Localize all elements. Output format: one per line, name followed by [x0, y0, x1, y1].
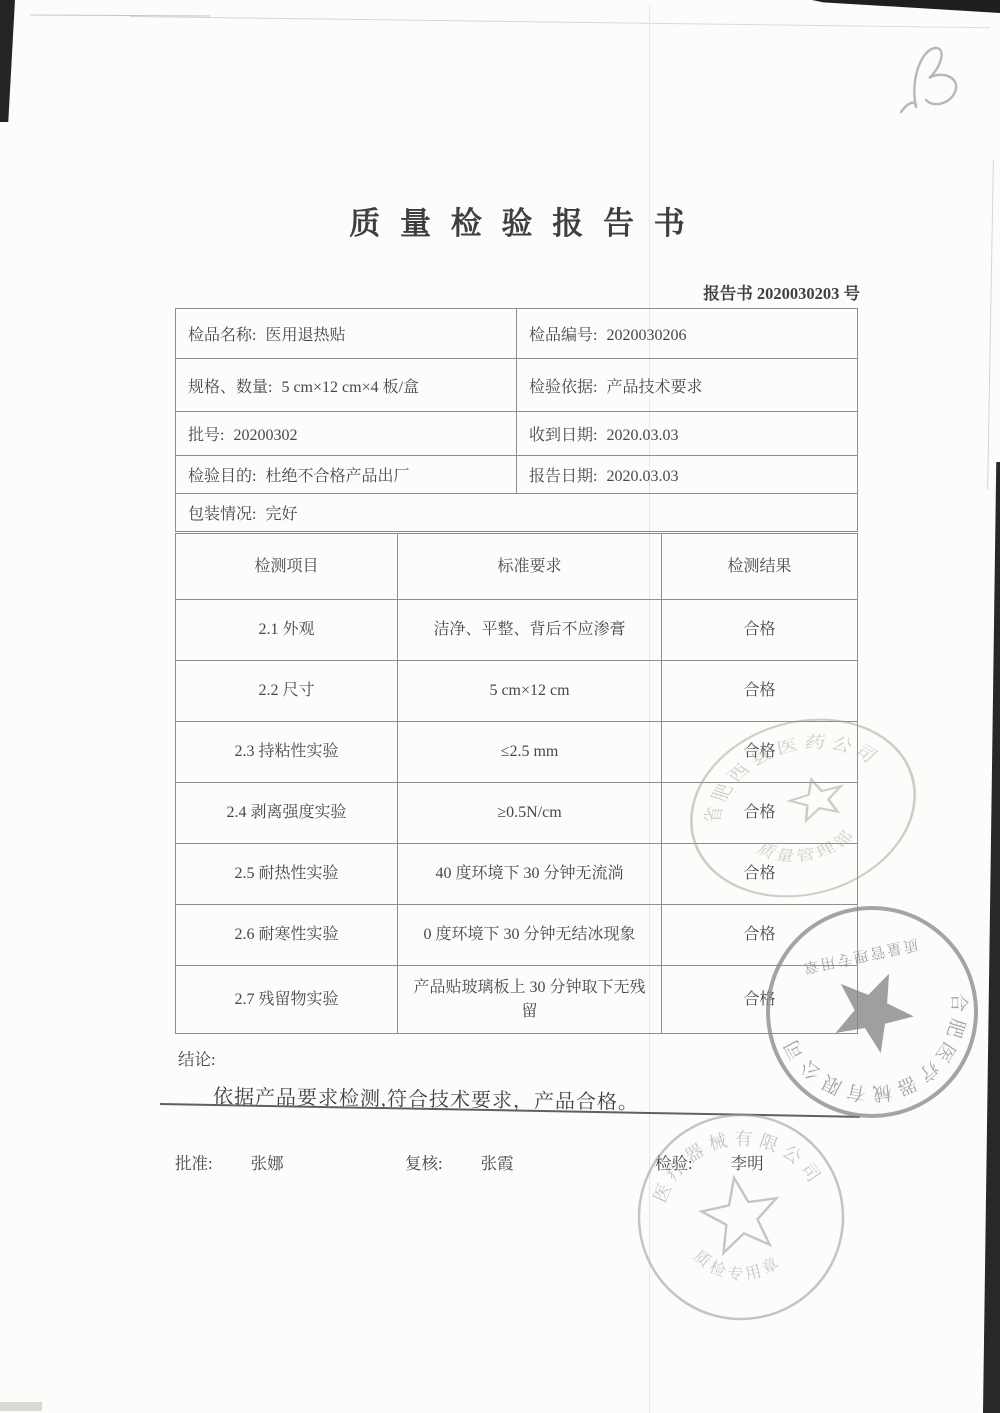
test-result: 合格 [662, 600, 858, 661]
table-row: 检品名称:医用退热贴 检品编号:2020030206 [176, 309, 858, 359]
reviewer-signature: 复核:张霞 [405, 1150, 514, 1174]
test-item: 2.2 尺寸 [176, 661, 398, 722]
field-label: 检品编号: [529, 327, 597, 344]
test-item: 2.3 持粘性实验 [176, 722, 398, 783]
table-row: 规格、数量:5 cm×12 cm×4 板/盒 检验依据:产品技术要求 [176, 359, 858, 412]
scanned-report-page: 质 量 检 验 报 告 书 报告书 2020030203 号 检品名称:医用退热… [0, 0, 1000, 1413]
star-icon [826, 970, 920, 1061]
info-cell: 检验依据:产品技术要求 [517, 359, 858, 412]
field-value: 产品技术要求 [606, 379, 702, 396]
test-item: 2.1 外观 [176, 600, 398, 661]
table-row: 2.1 外观 洁净、平整、背后不应渗膏 合格 [176, 600, 858, 661]
column-header: 检测结果 [662, 534, 858, 600]
field-label: 批准: [175, 1154, 213, 1173]
test-standard: 洁净、平整、背后不应渗膏 [398, 600, 662, 661]
field-value: 5 cm×12 cm×4 板/盒 [281, 379, 419, 396]
star-icon [786, 772, 847, 823]
field-value: 2020030206 [606, 327, 686, 344]
sample-info-table: 检品名称:医用退热贴 检品编号:2020030206 规格、数量:5 cm×12… [175, 308, 858, 532]
field-value: 20200302 [233, 427, 297, 444]
handwritten-b-mark [893, 28, 973, 123]
report-number: 报告书 2020030203 号 [598, 280, 860, 304]
field-label: 收到日期: [529, 427, 597, 444]
test-standard: 5 cm×12 cm [398, 661, 662, 722]
table-row: 检验目的:杜绝不合格产品出厂 报告日期:2020.03.03 [176, 456, 858, 494]
field-value: 2020.03.03 [606, 468, 678, 485]
info-cell: 检品名称:医用退热贴 [176, 309, 517, 359]
column-header: 标准要求 [398, 534, 662, 600]
column-header: 检测项目 [176, 534, 398, 600]
seal-inner-text: 质量管理部 [750, 814, 864, 878]
test-standard: 产品贴玻璃板上 30 分钟取下无残留 [398, 966, 662, 1034]
test-standard: ≤2.5 mm [398, 722, 662, 783]
signature-name: 张娜 [251, 1154, 284, 1173]
star-icon [697, 1171, 784, 1255]
table-row: 包装情况:完好 [176, 494, 858, 532]
seal-inner-text: 质检专用章 [688, 1233, 787, 1293]
stamp-seal-qc: 医疗器械有限公司 质检专用章 [628, 1104, 854, 1330]
scan-edge-left [0, 0, 15, 122]
page-title: 质 量 检 验 报 告 书 [0, 198, 1000, 243]
field-value: 完好 [265, 506, 297, 523]
test-standard: ≥0.5N/cm [398, 783, 662, 844]
scan-corner-mark [0, 1402, 42, 1411]
field-value: 医用退热贴 [265, 327, 345, 344]
info-cell: 规格、数量:5 cm×12 cm×4 板/盒 [176, 359, 517, 412]
test-item: 2.6 耐寒性实验 [176, 905, 398, 966]
field-label: 包装情况: [188, 506, 256, 523]
field-label: 检验依据: [529, 379, 597, 396]
approver-signature: 批准:张娜 [175, 1150, 284, 1174]
test-item: 2.4 剥离强度实验 [176, 783, 398, 844]
info-cell: 包装情况:完好 [176, 494, 858, 532]
test-item: 2.5 耐热性实验 [176, 844, 398, 905]
table-row: 批号:20200302 收到日期:2020.03.03 [176, 412, 858, 456]
info-cell: 报告日期:2020.03.03 [517, 456, 858, 494]
info-cell: 检验目的:杜绝不合格产品出厂 [176, 456, 517, 494]
stamp-seal-company: 合肥医疗器械有限公司 质量管理专用章 [754, 894, 990, 1130]
info-cell: 收到日期:2020.03.03 [517, 412, 858, 456]
info-cell: 检品编号:2020030206 [517, 309, 858, 359]
scan-line [130, 16, 990, 28]
table-header-row: 检测项目 标准要求 检测结果 [176, 534, 858, 600]
seal-ring-text: 省肥西县医药公司 [685, 713, 891, 829]
test-standard: 40 度环境下 30 分钟无流淌 [398, 844, 662, 905]
field-label: 检品名称: [188, 327, 256, 344]
field-value: 杜绝不合格产品出厂 [265, 468, 409, 485]
seal-ring-text: 医疗器械有限公司 [640, 1114, 828, 1218]
pen-stroke [901, 48, 956, 112]
test-standard: 0 度环境下 30 分钟无结冰现象 [398, 905, 662, 966]
field-value: 2020.03.03 [606, 427, 678, 444]
field-label: 报告日期: [529, 468, 597, 485]
scan-edge-top [812, 0, 1000, 13]
field-label: 复核: [405, 1154, 443, 1173]
field-label: 规格、数量: [188, 379, 272, 396]
conclusion-label: 结论: [178, 1046, 216, 1070]
info-cell: 批号:20200302 [176, 412, 517, 456]
field-label: 检验目的: [188, 468, 256, 485]
field-label: 批号: [188, 427, 224, 444]
stamp-seal-quality-dept: 省肥西县医药公司 质量管理部 [668, 700, 938, 920]
seal-inner-text: 质量管理专用章 [800, 935, 920, 977]
signature-name: 张霞 [481, 1154, 514, 1173]
test-item: 2.7 残留物实验 [176, 966, 398, 1034]
